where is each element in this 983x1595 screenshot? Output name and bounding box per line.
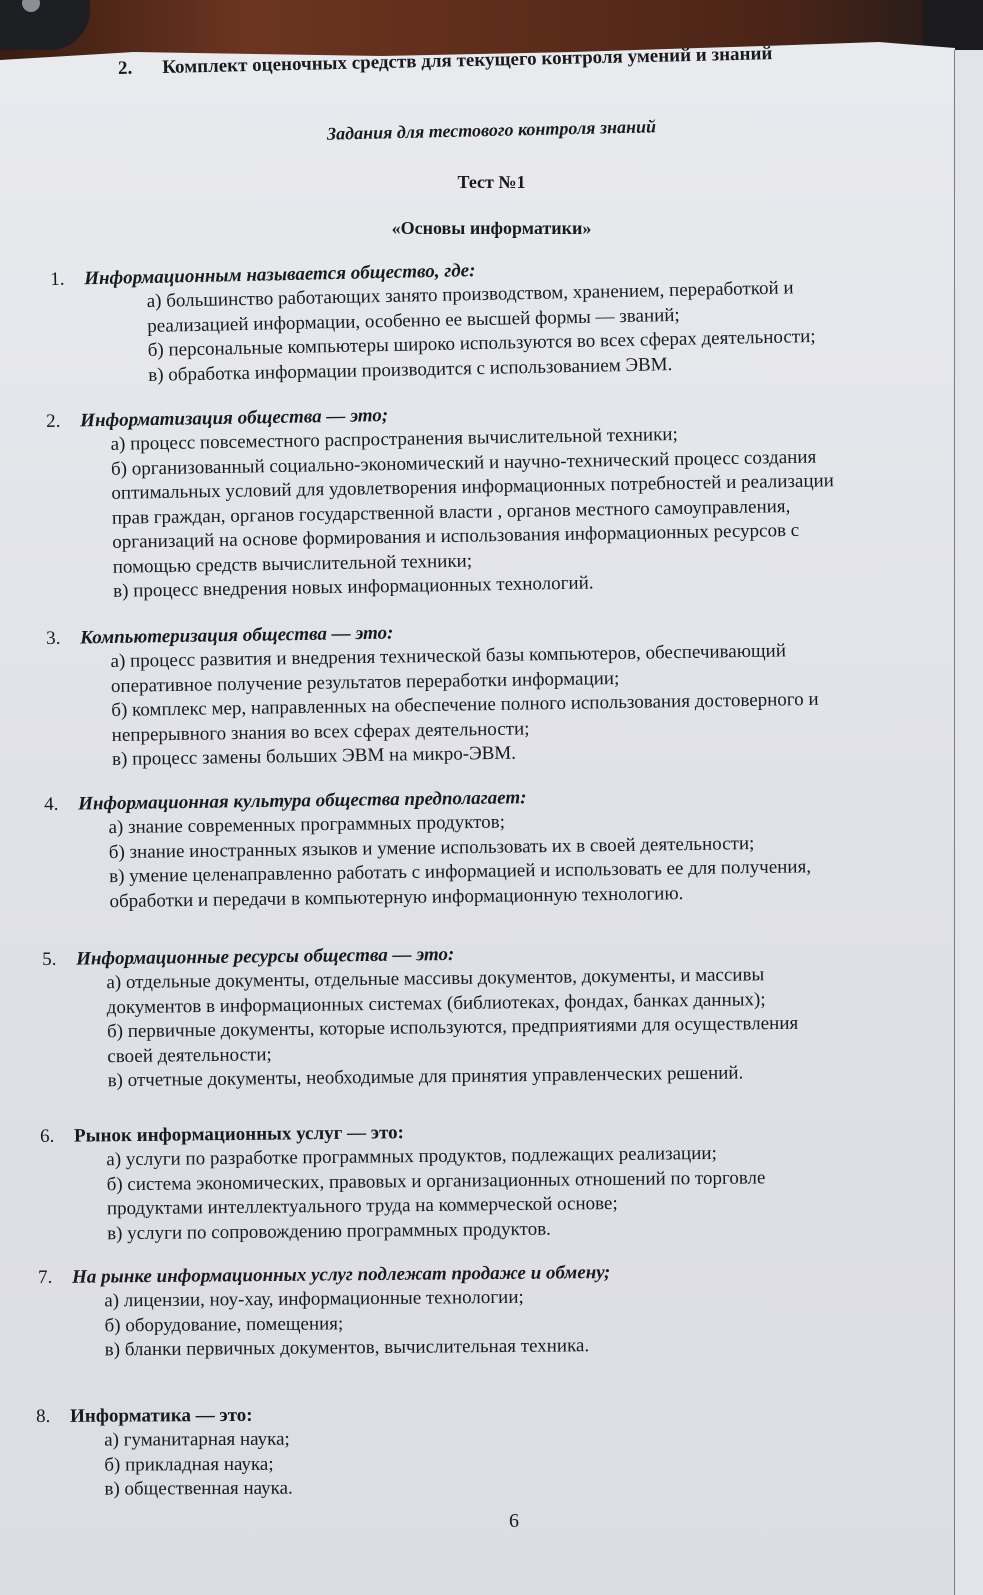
question-number: 6. [40,1125,74,1149]
answer-options: а) знание современных программных продук… [108,804,983,915]
question-6: 6.Рынок информационных услуг — это: а) у… [40,1115,983,1247]
answer-options: а) большинство работающих занято произво… [146,272,983,388]
subtitle: Задания для тестового контроля знаний [0,109,983,152]
question-text: Рынок информационных услуг — это: [74,1122,404,1146]
section-heading: 2.Комплект оценочных средств для текущег… [118,43,773,80]
question-text: Информатизация общества — это; [80,405,388,431]
answer-options: а) лицензии, ноу-хау, информационные тех… [104,1282,983,1363]
question-number: 2. [46,409,80,434]
document-content: 2.Комплект оценочных средств для текущег… [0,0,983,1595]
question-number: 4. [44,793,78,817]
answer-options: а) отдельные документы, отдельные массив… [106,960,983,1093]
question-text: Информационные ресурсы общества — это: [76,944,454,970]
question-5: 5.Информационные ресурсы общества — это:… [42,936,983,1094]
question-number: 7. [38,1266,72,1290]
question-8: 8.Информатика — это: а) гуманитарная нау… [36,1400,983,1503]
question-number: 8. [36,1405,70,1429]
answer-options: а) услуги по разработке программных прод… [106,1139,983,1246]
section-title: Комплект оценочных средств для текущего … [162,43,773,78]
question-text: На рынке информационных услуг подлежат п… [72,1262,610,1288]
question-text: Компьютеризация общества — это: [80,623,394,649]
question-2: 2.Информатизация общества — это; а) проц… [46,393,983,605]
page-number: 6 [509,1510,519,1533]
test-name: «Основы информатики» [0,218,983,239]
question-3: 3.Компьютеризация общества — это: а) про… [46,612,983,774]
question-number: 5. [42,948,76,972]
test-title: Тест №1 [0,172,983,193]
section-number: 2. [118,58,133,79]
question-1: 1.Информационным называется общество, гд… [50,248,983,390]
question-number: 1. [50,267,84,292]
answer-options: а) процесс развития и внедрения техничес… [110,636,983,773]
answer-options: а) процесс повсеместного распространения… [110,417,983,604]
question-7: 7.На рынке информационных услуг подлежат… [38,1258,983,1364]
question-4: 4.Информационная культура общества предп… [44,780,983,915]
answer-options: а) гуманитарная наука; б) прикладная нау… [104,1424,983,1502]
option-line: в) общественная наука. [104,1473,983,1502]
question-text: Информатика — это: [70,1405,253,1427]
question-number: 3. [46,626,80,651]
